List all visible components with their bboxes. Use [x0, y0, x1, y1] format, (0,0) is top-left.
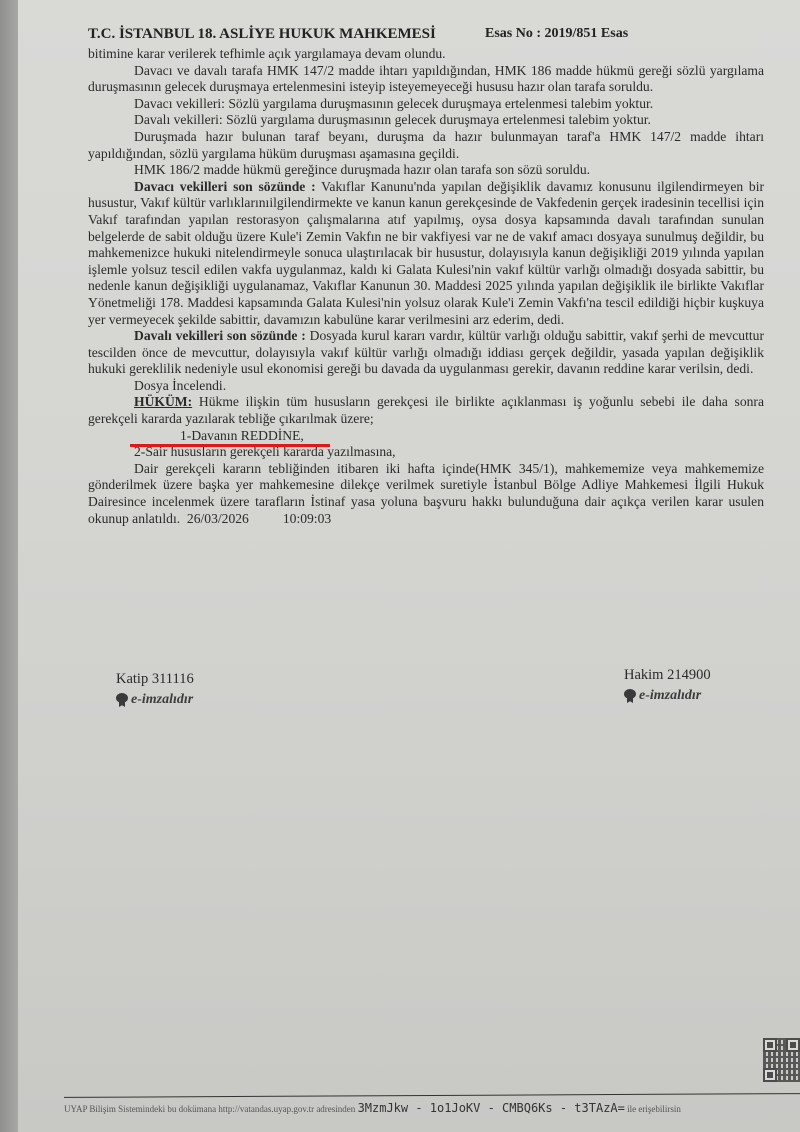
highlighted-verdict: 1-Davanın REDDİNE, — [134, 428, 304, 445]
footer-prefix: UYAP Bilişim Sistemindeki bu dokümana ht… — [64, 1104, 355, 1114]
esignature-label: e-imzalıdır — [639, 688, 701, 704]
paragraph: Duruşmada hazır bulunan taraf beyanı, du… — [88, 129, 764, 162]
footer: UYAP Bilişim Sistemindeki bu dokümana ht… — [64, 1101, 800, 1115]
plaintiff-statement-text: Vakıflar Kanunu'nda yapılan değişiklik d… — [88, 179, 764, 327]
seal-icon — [624, 689, 636, 703]
defendant-statement-label: Davalı vekilleri son sözünde : — [134, 328, 306, 343]
court-name: T.C. İSTANBUL 18. ASLİYE HUKUK MAHKEMESİ — [88, 26, 436, 43]
verdict-label: HÜKÜM: — [134, 394, 192, 409]
esignature-label: e-imzalıdır — [131, 692, 193, 708]
paragraph: bitimine karar verilerek tefhimle açık y… — [88, 46, 764, 63]
plaintiff-statement-label: Davacı vekilleri son sözünde : — [134, 179, 316, 194]
verdict-item-1: 1-Davanın REDDİNE, — [88, 428, 764, 445]
qr-finder — [763, 1038, 777, 1052]
footer-suffix: ile erişebilirsin — [627, 1104, 681, 1114]
defendant-final-statement: Davalı vekilleri son sözünde : Dosyada k… — [88, 328, 764, 378]
clerk-signature: Katip 311116 e-imzalıdır — [116, 671, 194, 708]
appeal-paragraph: Dair gerekçeli kararın tebliğinden itiba… — [88, 461, 764, 527]
qr-finder — [763, 1068, 777, 1082]
judge-id: Hakim 214900 — [624, 667, 711, 684]
paragraph: Davacı ve davalı tarafa HMK 147/2 madde … — [88, 63, 764, 96]
paragraph: Davacı vekilleri: Sözlü yargılama duruşm… — [88, 96, 764, 113]
qr-code — [763, 1038, 800, 1082]
paragraph: Davalı vekilleri: Sözlü yargılama duruşm… — [88, 112, 764, 129]
seal-icon — [116, 693, 128, 707]
judge-signature: Hakim 214900 e-imzalıdır — [624, 667, 711, 704]
case-number-value: 2019/851 Esas — [545, 26, 629, 41]
case-number: Esas No : 2019/851 Esas — [485, 26, 628, 42]
verdict-paragraph: HÜKÜM: Hükme ilişkin tüm hususların gere… — [88, 394, 764, 427]
clerk-id: Katip 311116 — [116, 671, 194, 688]
access-code: 3MzmJkw - 1o1JoKV - CMBQ6Ks - t3TAzA= — [358, 1101, 625, 1115]
decision-time: 10:09:03 — [283, 511, 331, 526]
clerk-esignature: e-imzalıdır — [116, 692, 194, 708]
qr-finder — [786, 1038, 800, 1052]
judge-esignature: e-imzalıdır — [624, 688, 711, 704]
paragraph: HMK 186/2 madde hükmü gereğince duruşmad… — [88, 162, 764, 179]
plaintiff-final-statement: Davacı vekilleri son sözünde : Vakıflar … — [88, 179, 764, 328]
document-body: bitimine karar verilerek tefhimle açık y… — [88, 46, 764, 527]
paragraph: Dosya İncelendi. — [88, 378, 764, 395]
decision-date: 26/03/2026 — [187, 511, 249, 526]
page-edge-shadow — [0, 0, 18, 1132]
case-number-label: Esas No : — [485, 26, 541, 41]
